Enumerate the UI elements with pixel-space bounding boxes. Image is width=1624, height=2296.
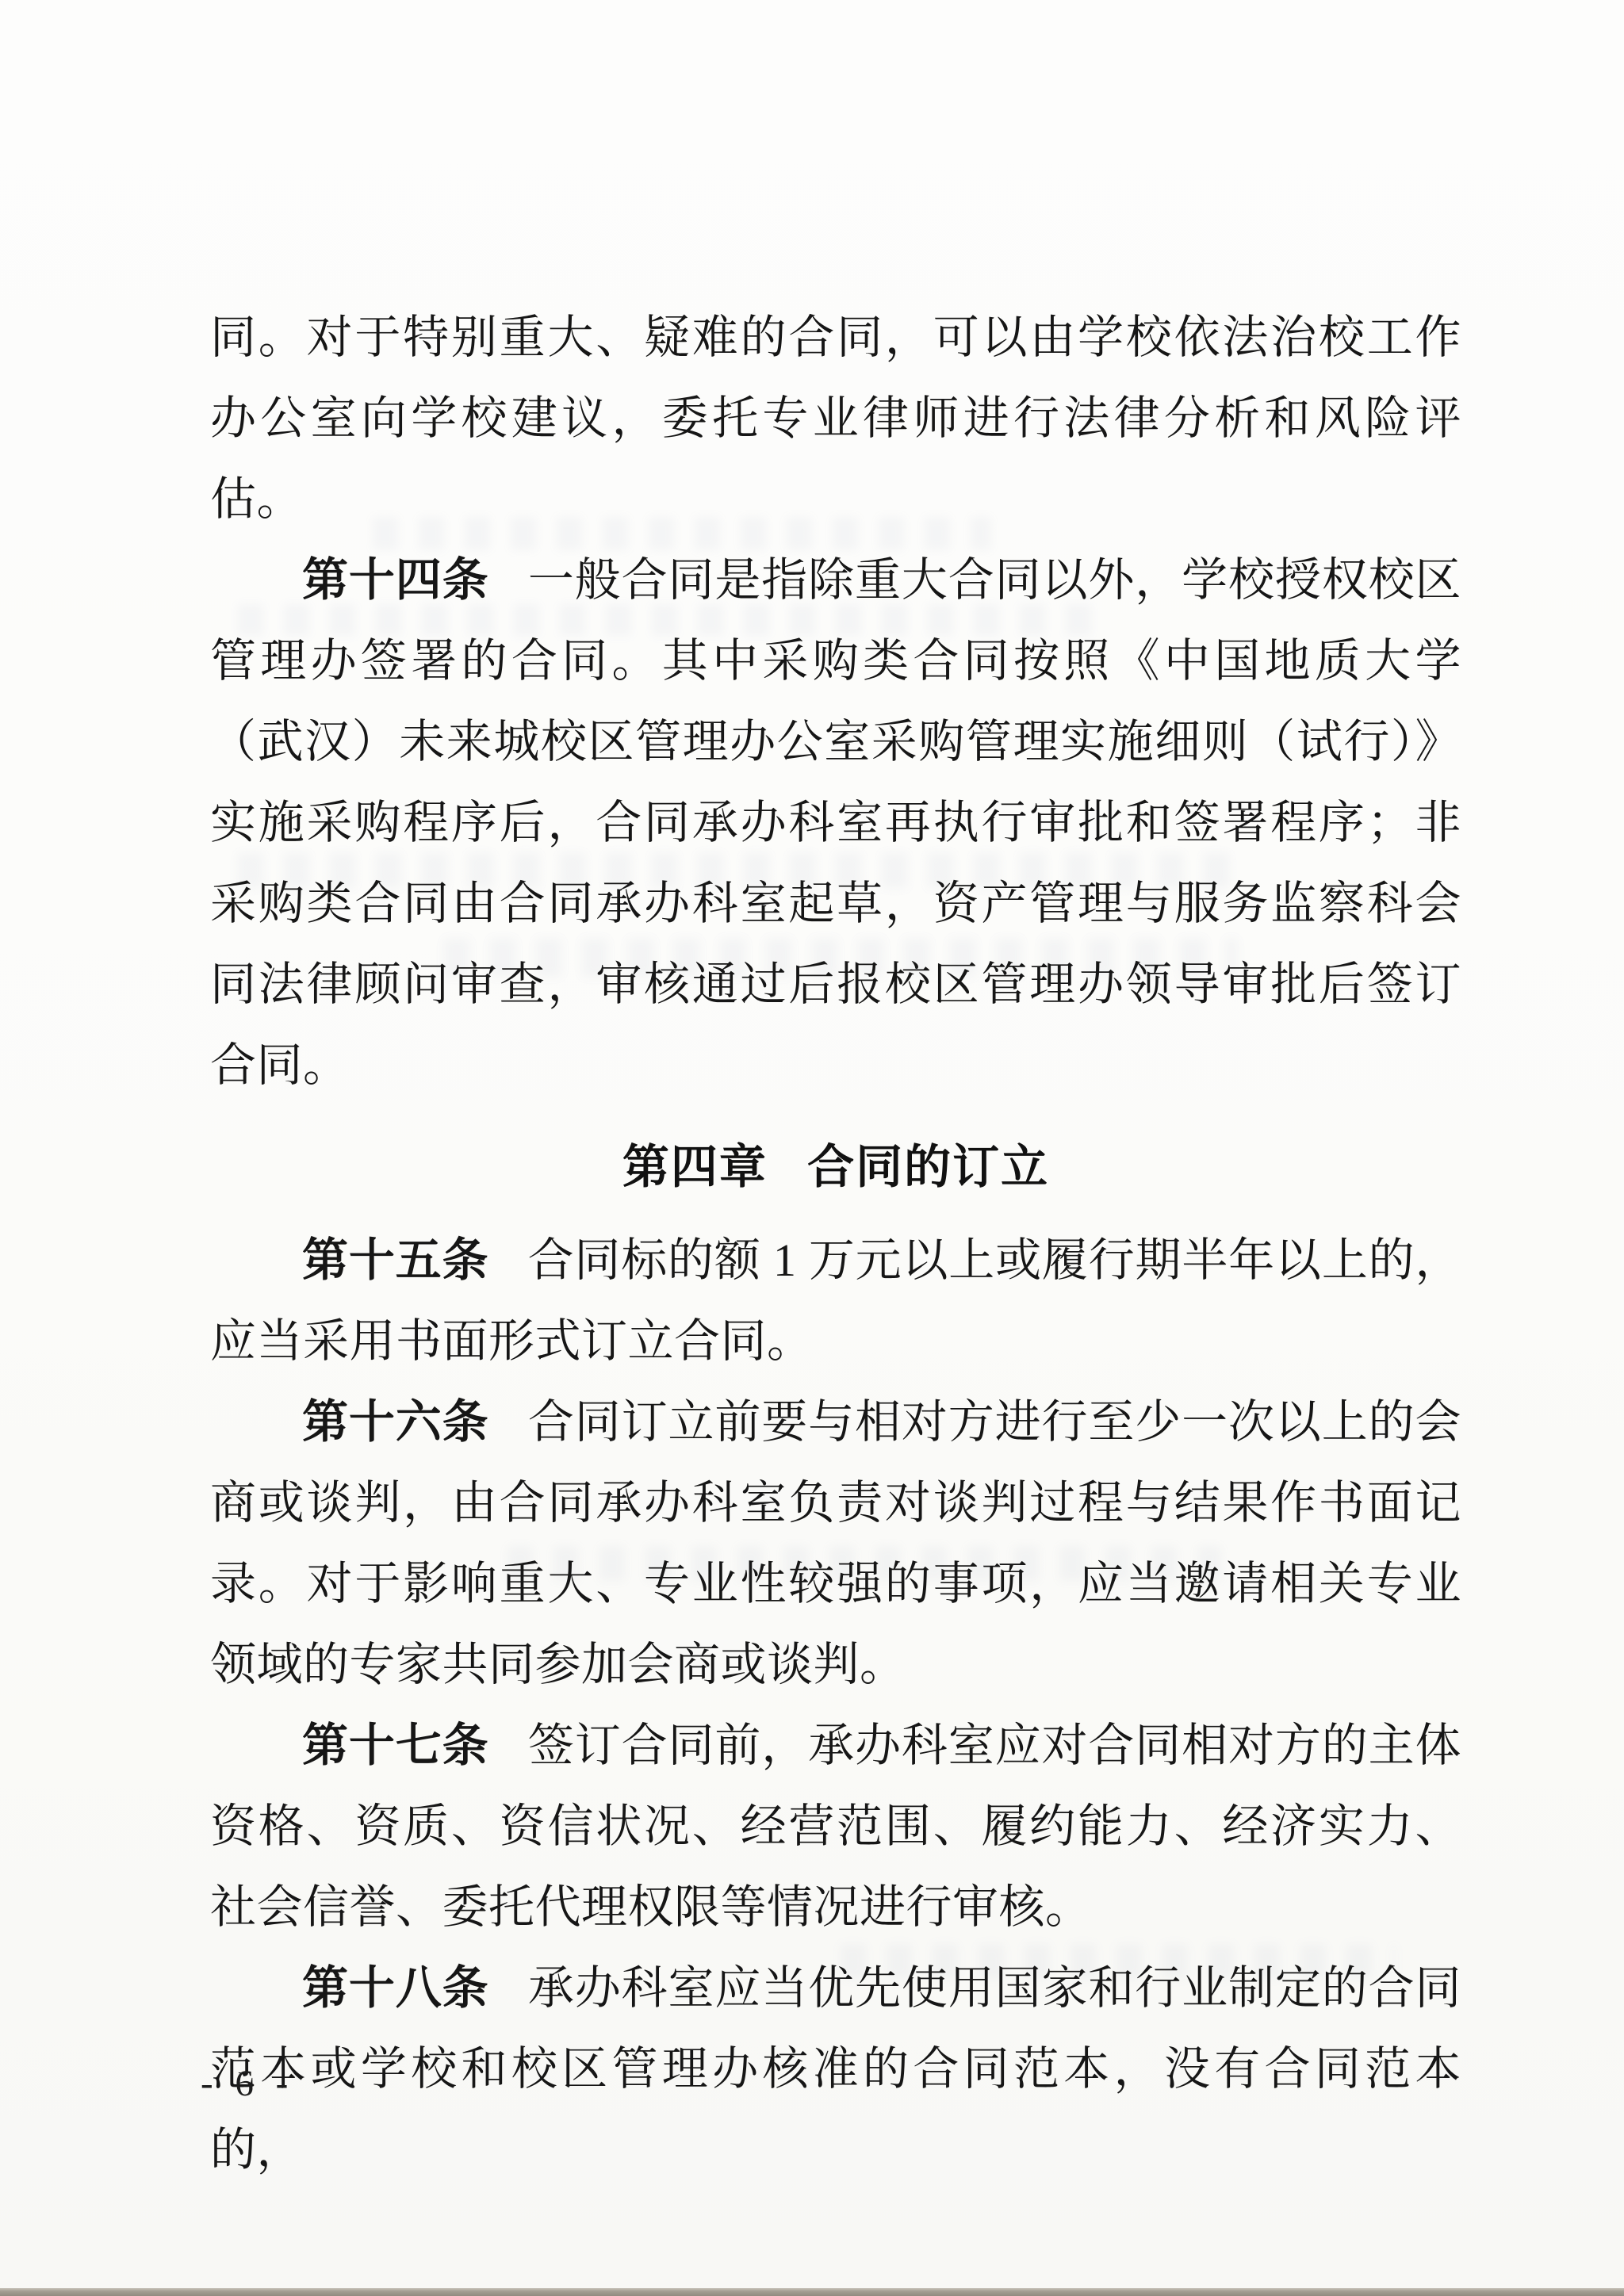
article-number-label: 第十五条 [302, 1234, 488, 1286]
paragraph-text: 同。对于特别重大、疑难的合同，可以由学校依法治校工作办公室向学校建议，委托专业律… [210, 312, 1461, 525]
paragraph-article-17: 第十七条签订合同前，承办科室应对合同相对方的主体资格、资质、资信状况、经营范围、… [210, 1705, 1461, 1948]
scanner-edge-shadow [0, 2288, 1624, 2296]
article-number-label: 第十七条 [302, 1720, 489, 1771]
paragraph-text: 一般合同是指除重大合同以外，学校授权校区管理办签署的合同。其中采购类合同按照《中… [210, 554, 1461, 1091]
document-body: 同。对于特别重大、疑难的合同，可以由学校依法治校工作办公室向学校建议，委托专业律… [210, 297, 1461, 2191]
paragraph-article-18: 第十八条承办科室应当优先使用国家和行业制定的合同范本或学校和校区管理办核准的合同… [210, 1948, 1461, 2191]
article-number-label: 第十八条 [302, 1962, 489, 2014]
paragraph-continuation: 同。对于特别重大、疑难的合同，可以由学校依法治校工作办公室向学校建议，委托专业律… [210, 297, 1461, 540]
article-number-label: 第十四条 [302, 554, 489, 606]
article-number-label: 第十六条 [302, 1396, 489, 1448]
paragraph-article-14: 第十四条一般合同是指除重大合同以外，学校授权校区管理办签署的合同。其中采购类合同… [210, 540, 1461, 1106]
chapter-number: 第四章 [622, 1141, 768, 1193]
scanned-document-page: 同。对于特别重大、疑难的合同，可以由学校依法治校工作办公室向学校建议，委托专业律… [0, 0, 1624, 2296]
chapter-title: 合同的订立 [807, 1141, 1049, 1193]
page-number: - 6 - [201, 2060, 288, 2107]
chapter-heading: 第四章合同的订立 [210, 1127, 1461, 1207]
paragraph-article-15: 第十五条合同标的额 1 万元以上或履行期半年以上的，应当采用书面形式订立合同。 [210, 1220, 1461, 1382]
paragraph-article-16: 第十六条合同订立前要与相对方进行至少一次以上的会商或谈判，由合同承办科室负责对谈… [210, 1382, 1461, 1705]
